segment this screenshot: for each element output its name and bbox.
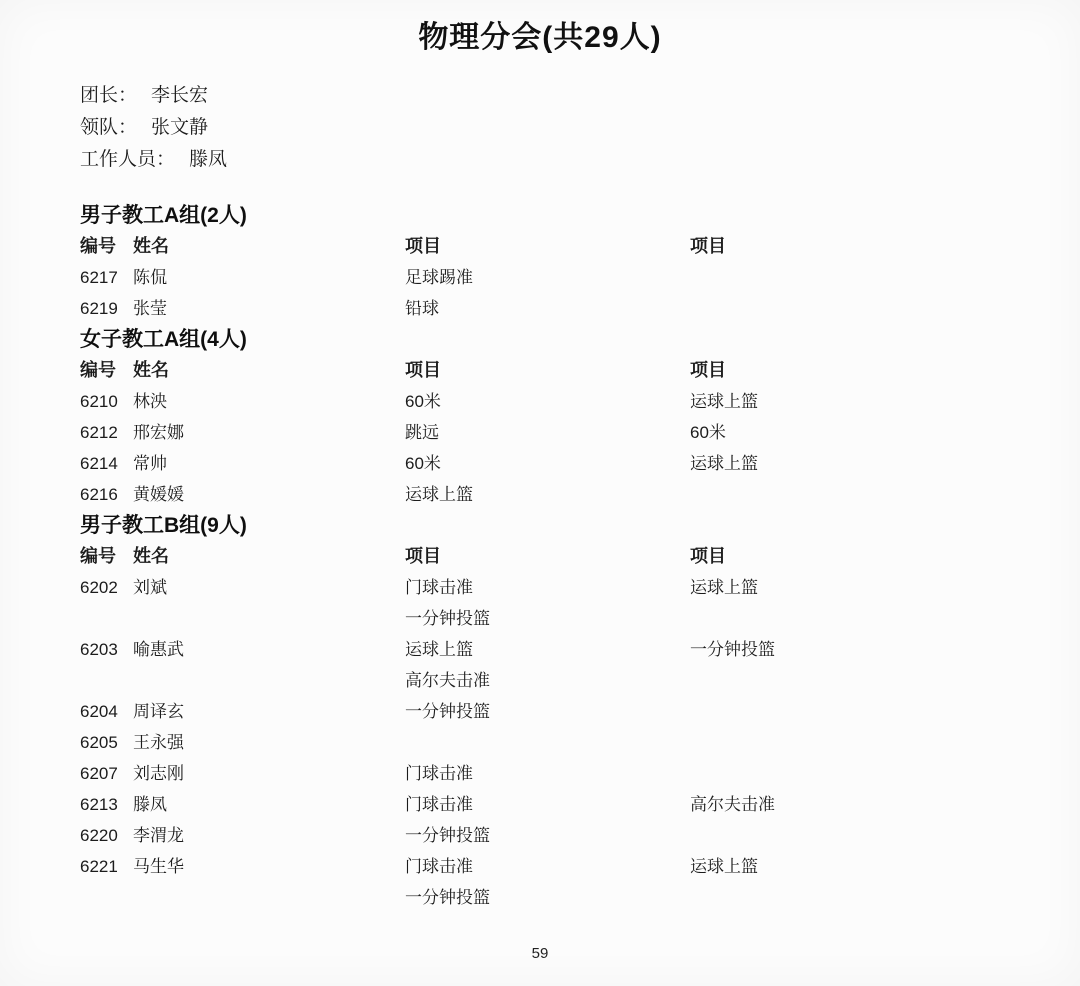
row-id: 6212	[80, 417, 133, 448]
row-id: 6205	[80, 727, 133, 758]
event-line: 运球上篮	[690, 851, 1080, 882]
event-line: 运球上篮	[690, 572, 1080, 603]
row-name: 马生华	[133, 851, 405, 882]
row-name: 邢宏娜	[133, 417, 405, 448]
row-name: 王永强	[133, 727, 405, 758]
official-label: 领队：	[80, 117, 137, 138]
row-id: 6207	[80, 758, 133, 789]
roster-row: 6203喻惠武运球上篮高尔夫击准一分钟投篮	[80, 634, 1080, 696]
roster-row: 6207刘志刚门球击准	[80, 758, 1080, 789]
official-name: 李长宏	[151, 85, 208, 106]
row-events2: 一分钟投篮	[690, 634, 1080, 665]
roster-header: 编号姓名项目项目	[80, 231, 1080, 262]
group-title: 女子教工A组(4人)	[80, 324, 1080, 355]
row-name: 陈侃	[133, 262, 405, 293]
official-line-staff: 工作人员：滕凤	[80, 144, 1080, 176]
roster-row: 6210林泱60米运球上篮	[80, 386, 1080, 417]
row-events2	[690, 293, 1080, 324]
event-line: 门球击准	[405, 851, 690, 882]
page-number: 59	[0, 945, 1080, 962]
row-events2	[690, 696, 1080, 727]
row-events1: 60米	[405, 386, 690, 417]
roster-row: 6217陈侃足球踢准	[80, 262, 1080, 293]
event-line: 一分钟投篮	[405, 696, 690, 727]
official-label: 团长：	[80, 85, 137, 106]
col-header-event1: 项目	[405, 231, 690, 262]
row-events1: 门球击准一分钟投篮	[405, 851, 690, 913]
roster: 男子教工A组(2人)编号姓名项目项目6217陈侃足球踢准6219张莹铅球女子教工…	[80, 200, 1080, 913]
row-events2	[690, 479, 1080, 510]
row-events2: 高尔夫击准	[690, 789, 1080, 820]
roster-row: 6220李渭龙一分钟投篮	[80, 820, 1080, 851]
row-name: 黄媛媛	[133, 479, 405, 510]
col-header-name: 姓名	[133, 231, 405, 262]
event-line: 运球上篮	[405, 634, 690, 665]
row-name: 张莹	[133, 293, 405, 324]
row-events2: 运球上篮	[690, 448, 1080, 479]
event-line: 一分钟投篮	[405, 603, 690, 634]
roster-row: 6202刘斌门球击准一分钟投篮运球上篮	[80, 572, 1080, 634]
event-line: 运球上篮	[690, 448, 1080, 479]
roster-row: 6214常帅60米运球上篮	[80, 448, 1080, 479]
col-header-id: 编号	[80, 541, 133, 572]
col-header-id: 编号	[80, 355, 133, 386]
event-line: 60米	[405, 448, 690, 479]
event-line: 运球上篮	[690, 386, 1080, 417]
document-page: 物理分会(共29人) 团长：李长宏 领队：张文静 工作人员：滕凤 男子教工A组(…	[0, 0, 1080, 986]
row-events2: 运球上篮	[690, 386, 1080, 417]
row-events2	[690, 262, 1080, 293]
col-header-event2: 项目	[690, 541, 1080, 572]
event-line: 一分钟投篮	[690, 634, 1080, 665]
event-line: 一分钟投篮	[405, 820, 690, 851]
official-line-leader: 团长：李长宏	[80, 80, 1080, 112]
row-events2: 60米	[690, 417, 1080, 448]
officials-block: 团长：李长宏 领队：张文静 工作人员：滕凤	[80, 80, 1080, 176]
roster-group: 男子教工A组(2人)编号姓名项目项目6217陈侃足球踢准6219张莹铅球	[80, 200, 1080, 324]
row-name: 周译玄	[133, 696, 405, 727]
row-events1: 60米	[405, 448, 690, 479]
row-id: 6203	[80, 634, 133, 665]
row-events2: 运球上篮	[690, 851, 1080, 882]
roster-group: 男子教工B组(9人)编号姓名项目项目6202刘斌门球击准一分钟投篮运球上篮620…	[80, 510, 1080, 913]
row-name: 常帅	[133, 448, 405, 479]
row-events1	[405, 727, 690, 758]
roster-header: 编号姓名项目项目	[80, 541, 1080, 572]
col-header-event1: 项目	[405, 355, 690, 386]
row-name: 喻惠武	[133, 634, 405, 665]
row-id: 6213	[80, 789, 133, 820]
event-line: 跳远	[405, 417, 690, 448]
roster-row: 6205王永强	[80, 727, 1080, 758]
row-name: 滕凤	[133, 789, 405, 820]
col-header-id: 编号	[80, 231, 133, 262]
col-header-name: 姓名	[133, 355, 405, 386]
row-name: 刘志刚	[133, 758, 405, 789]
row-events1: 铅球	[405, 293, 690, 324]
roster-header: 编号姓名项目项目	[80, 355, 1080, 386]
official-line-manager: 领队：张文静	[80, 112, 1080, 144]
col-header-event2: 项目	[690, 231, 1080, 262]
page-title: 物理分会(共29人)	[0, 0, 1080, 56]
roster-group: 女子教工A组(4人)编号姓名项目项目6210林泱60米运球上篮6212邢宏娜跳远…	[80, 324, 1080, 510]
group-title: 男子教工A组(2人)	[80, 200, 1080, 231]
row-id: 6216	[80, 479, 133, 510]
event-line: 60米	[690, 417, 1080, 448]
row-events1: 一分钟投篮	[405, 696, 690, 727]
official-name: 张文静	[151, 117, 208, 138]
event-line: 门球击准	[405, 758, 690, 789]
event-line: 高尔夫击准	[690, 789, 1080, 820]
row-events1: 跳远	[405, 417, 690, 448]
row-id: 6217	[80, 262, 133, 293]
official-name: 滕凤	[189, 149, 227, 170]
event-line: 铅球	[405, 293, 690, 324]
row-id: 6210	[80, 386, 133, 417]
row-name: 李渭龙	[133, 820, 405, 851]
event-line: 高尔夫击准	[405, 665, 690, 696]
event-line: 门球击准	[405, 572, 690, 603]
row-events2	[690, 758, 1080, 789]
event-line: 足球踢准	[405, 262, 690, 293]
row-events1: 足球踢准	[405, 262, 690, 293]
col-header-name: 姓名	[133, 541, 405, 572]
event-line: 一分钟投篮	[405, 882, 690, 913]
col-header-event2: 项目	[690, 355, 1080, 386]
row-events2: 运球上篮	[690, 572, 1080, 603]
roster-row: 6213滕凤门球击准高尔夫击准	[80, 789, 1080, 820]
row-id: 6219	[80, 293, 133, 324]
row-events1: 门球击准	[405, 789, 690, 820]
roster-row: 6221马生华门球击准一分钟投篮运球上篮	[80, 851, 1080, 913]
row-events1: 门球击准	[405, 758, 690, 789]
roster-row: 6204周译玄一分钟投篮	[80, 696, 1080, 727]
official-label: 工作人员：	[80, 149, 175, 170]
group-title: 男子教工B组(9人)	[80, 510, 1080, 541]
row-events1: 门球击准一分钟投篮	[405, 572, 690, 634]
event-line: 运球上篮	[405, 479, 690, 510]
col-header-event1: 项目	[405, 541, 690, 572]
row-events1: 一分钟投篮	[405, 820, 690, 851]
row-events1: 运球上篮高尔夫击准	[405, 634, 690, 696]
row-name: 林泱	[133, 386, 405, 417]
event-line: 60米	[405, 386, 690, 417]
row-id: 6220	[80, 820, 133, 851]
row-id: 6204	[80, 696, 133, 727]
roster-row: 6219张莹铅球	[80, 293, 1080, 324]
event-line: 门球击准	[405, 789, 690, 820]
row-name: 刘斌	[133, 572, 405, 603]
row-id: 6221	[80, 851, 133, 882]
row-events1: 运球上篮	[405, 479, 690, 510]
row-events2	[690, 727, 1080, 758]
row-id: 6214	[80, 448, 133, 479]
roster-row: 6216黄媛媛运球上篮	[80, 479, 1080, 510]
row-id: 6202	[80, 572, 133, 603]
row-events2	[690, 820, 1080, 851]
roster-row: 6212邢宏娜跳远60米	[80, 417, 1080, 448]
